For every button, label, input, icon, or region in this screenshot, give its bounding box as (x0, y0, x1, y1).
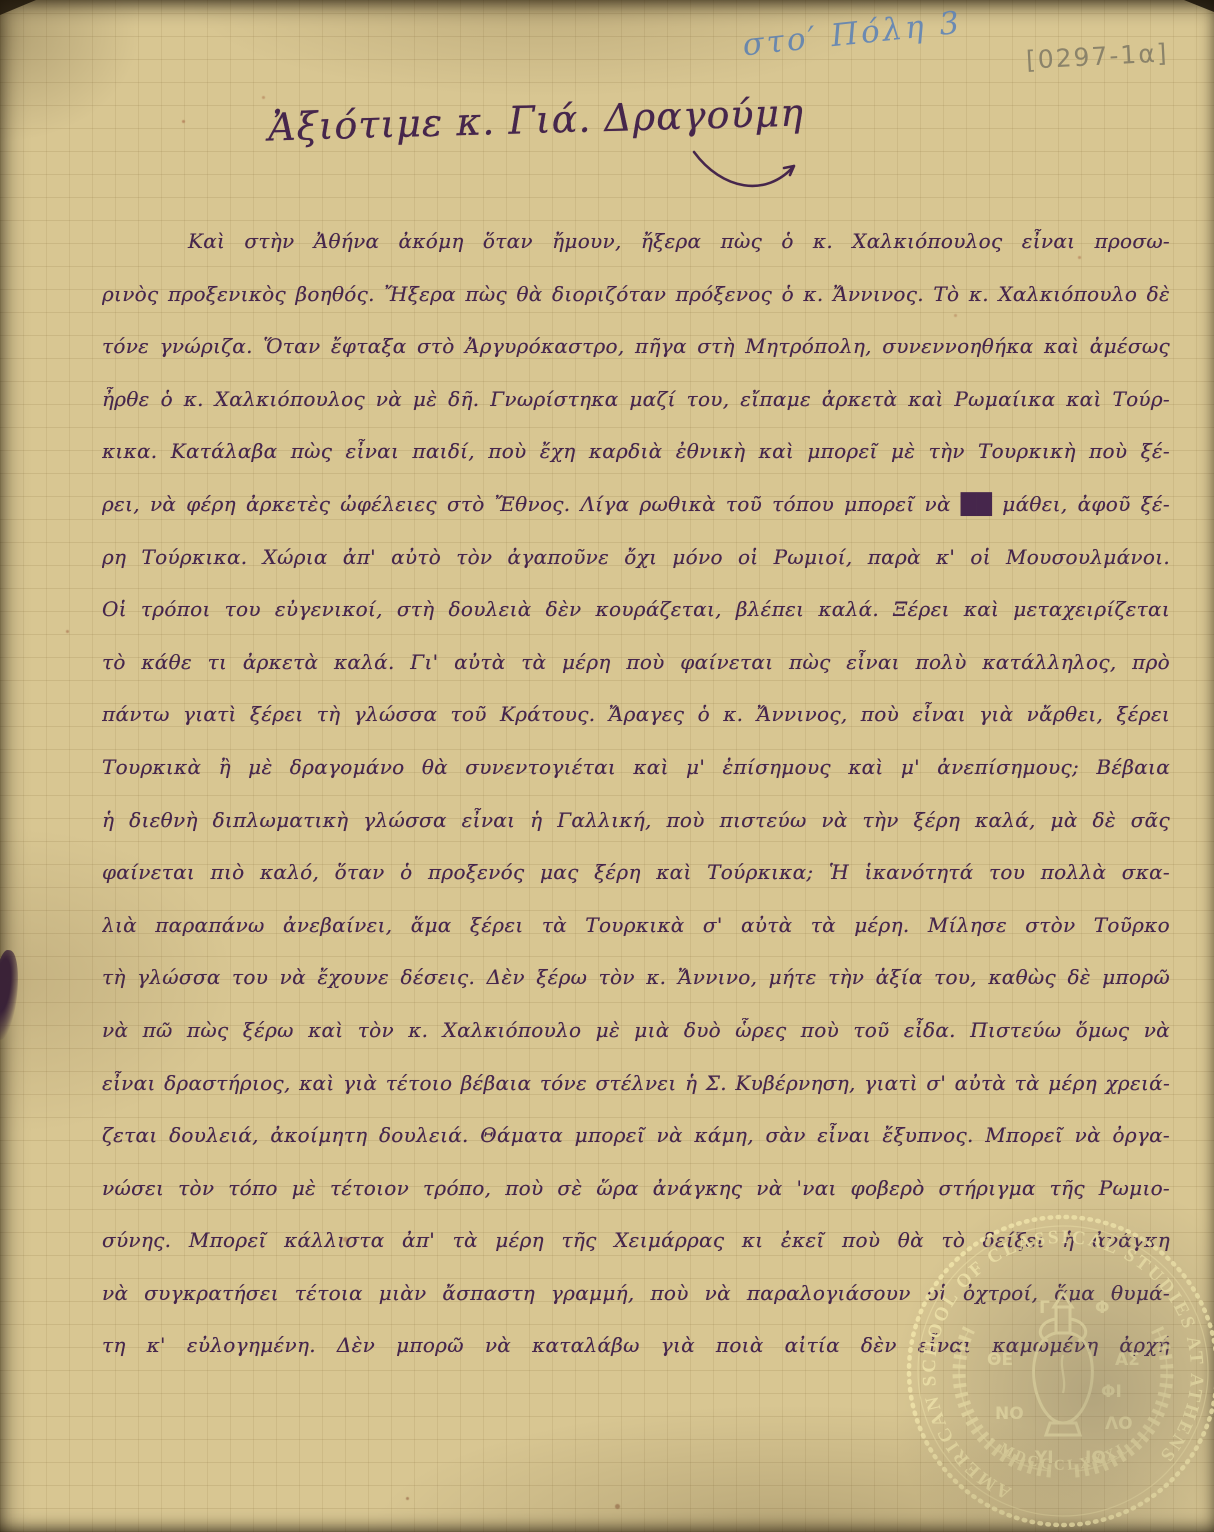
letter-salutation: Ἀξιότιμε κ. Γιά. Δραγούμη (267, 91, 804, 150)
manuscript-line: ἡ διεθνὴ διπλωματικὴ γλώσσα εἶναι ἡ Γαλλ… (102, 808, 1170, 861)
manuscript-line: ζεται δουλειά, ἀκοίμητη δουλειά. Θάματα … (102, 1123, 1170, 1176)
manuscript-line: ρινὸς προξενικὸς βοηθός. Ἤξερα πὼς θὰ δι… (102, 282, 1170, 335)
manuscript-line: ρη Τούρκικα. Χώρια ἀπ' αὐτὸ τὸν ἀγαποῦνε… (102, 545, 1170, 598)
manuscript-line: τὸ κάθε τι ἀρκετὰ καλά. Γι' αὐτὰ τὰ μέρη… (102, 650, 1170, 703)
manuscript-line: τὴ γλώσσα του νὰ ἔχουνε δέσεις. Δὲν ξέρω… (102, 965, 1170, 1018)
manuscript-line: φαίνεται πιὸ καλό, ὅταν ὁ προξενός μας ξ… (102, 860, 1170, 913)
seal-greek-letter: Γ (1039, 1298, 1050, 1318)
seal-greek-letter: ΑΣ (1115, 1350, 1140, 1370)
manuscript-line: νὰ πῶ πὼς ξέρω καὶ τὸν κ. Χαλκιόπουλο μὲ… (102, 1018, 1170, 1071)
seal-greek-letter: ΛΟ (1105, 1414, 1133, 1434)
manuscript-line: κικα. Κατάλαβα πὼς εἶναι παιδί, ποὺ ἔχη … (102, 439, 1170, 492)
manuscript-line: εἶναι δραστήριος, καὶ γιὰ τέτοιο βέβαια … (102, 1071, 1170, 1124)
manuscript-line: λιὰ παραπάνω ἀνεβαίνει, ἅμα ξέρει τὰ Του… (102, 913, 1170, 966)
manuscript-line: πάντω γιατὶ ξέρει τὴ γλώσσα τοῦ Κράτους.… (102, 702, 1170, 755)
ink-stain (0, 949, 22, 1041)
manuscript-line: Καὶ στὴν Ἀθήνα ἀκόμη ὅταν ἤμουν, ἤξερα π… (102, 229, 1170, 282)
manuscript-line: ἦρθε ὁ κ. Χαλκιόπουλος νὰ μὲ δῆ. Γνωρίστ… (102, 387, 1170, 440)
manuscript-line: Τουρκικὰ ἢ μὲ δραγομάνο θὰ συνεντογιέται… (102, 755, 1170, 808)
seal-greek-letter: ΝΟ (995, 1404, 1024, 1424)
seal-greek-letter: Φ (1095, 1298, 1109, 1318)
manuscript-page: στο′ Πόλη 3 [0297-1α] Ἀξιότιμε κ. Γιά. Δ… (0, 0, 1214, 1532)
photo-edge-top-left (0, 0, 36, 15)
seal-founding-year: · MDCCCLXXXI · (984, 1432, 1141, 1473)
pencil-annotation: στο′ Πόλη 3 (741, 1, 1003, 64)
seal-greek-letter: ΘΕ (987, 1350, 1013, 1370)
manuscript-line: Οἱ τρόποι του εὐγενικοί, στὴ δουλειὰ δὲν… (102, 597, 1170, 650)
manuscript-line: ρει, νὰ φέρη ἀρκετὲς ὠφέλειες στὸ Ἔθνος.… (102, 492, 1170, 545)
seal-greek-letter: ΦΙ (1101, 1382, 1122, 1402)
ascsa-seal-watermark: AMERICAN SCHOOL OF CLASSICAL STUDIES AT … (903, 1211, 1214, 1531)
archive-reference-number: [0297-1α] (1025, 38, 1169, 74)
pen-flourish-icon (688, 146, 808, 204)
manuscript-line: τόνε γνώριζα. Ὅταν ἔφταξα στὸ Ἀργυρόκαστ… (102, 334, 1170, 387)
photo-edge-top-right (1184, 0, 1214, 12)
seal-beaded-border (909, 1217, 1214, 1525)
